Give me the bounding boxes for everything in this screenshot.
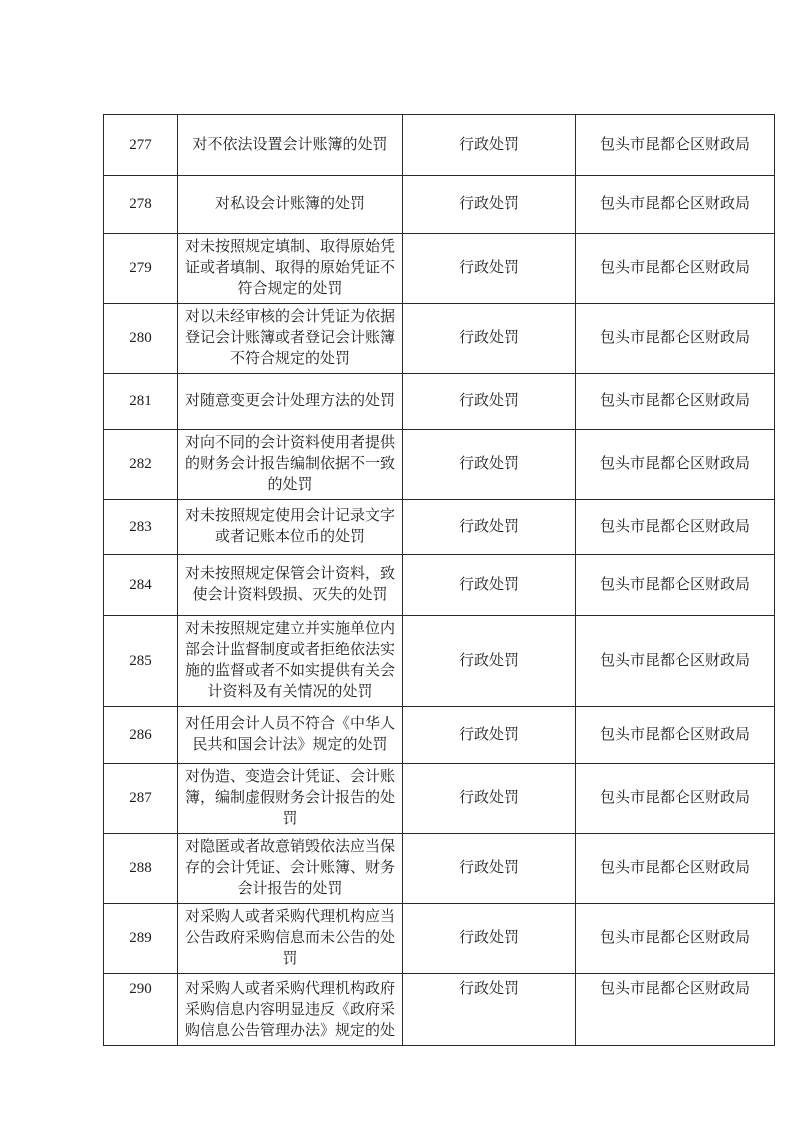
table-row: 277 对不依法设置会计账簿的处罚 行政处罚 包头市昆都仑区财政局 [104, 115, 775, 176]
table-row: 279 对未按照规定填制、取得原始凭证或者填制、取得的原始凭证不符合规定的处罚 … [104, 234, 775, 304]
issuing-authority-cell: 包头市昆都仑区财政局 [576, 176, 775, 234]
issuing-authority-cell: 包头市昆都仑区财政局 [576, 974, 775, 1046]
penalty-type-cell: 行政处罚 [403, 555, 576, 616]
row-index-cell: 283 [104, 500, 178, 555]
penalty-type-cell: 行政处罚 [403, 304, 576, 374]
table-row: 288 对隐匿或者故意销毁依法应当保存的会计凭证、会计账簿、财务会计报告的处罚 … [104, 834, 775, 904]
issuing-authority-cell: 包头市昆都仑区财政局 [576, 374, 775, 430]
penalty-item-cell: 对以未经审核的会计凭证为依据登记会计账簿或者登记会计账簿不符合规定的处罚 [178, 304, 403, 374]
issuing-authority-cell: 包头市昆都仑区财政局 [576, 430, 775, 500]
row-index-cell: 285 [104, 616, 178, 707]
penalty-type-cell: 行政处罚 [403, 374, 576, 430]
row-index-cell: 278 [104, 176, 178, 234]
penalty-item-cell: 对采购人或者采购代理机构应当公告政府采购信息而未公告的处罚 [178, 904, 403, 974]
issuing-authority-cell: 包头市昆都仑区财政局 [576, 707, 775, 764]
row-index-cell: 284 [104, 555, 178, 616]
row-index-cell: 279 [104, 234, 178, 304]
penalty-type-cell: 行政处罚 [403, 234, 576, 304]
table-row: 278 对私设会计账簿的处罚 行政处罚 包头市昆都仑区财政局 [104, 176, 775, 234]
table-row: 283 对未按照规定使用会计记录文字或者记账本位币的处罚 行政处罚 包头市昆都仑… [104, 500, 775, 555]
row-index-cell: 277 [104, 115, 178, 176]
row-index-cell: 289 [104, 904, 178, 974]
penalty-type-cell: 行政处罚 [403, 974, 576, 1046]
penalty-item-cell: 对私设会计账簿的处罚 [178, 176, 403, 234]
penalty-type-cell: 行政处罚 [403, 616, 576, 707]
penalty-type-cell: 行政处罚 [403, 834, 576, 904]
penalty-type-cell: 行政处罚 [403, 707, 576, 764]
row-index-cell: 287 [104, 764, 178, 834]
table-row: 282 对向不同的会计资料使用者提供的财务会计报告编制依据不一致的处罚 行政处罚… [104, 430, 775, 500]
row-index-cell: 282 [104, 430, 178, 500]
row-index-cell: 286 [104, 707, 178, 764]
table-row: 284 对未按照规定保管会计资料，致使会计资料毁损、灭失的处罚 行政处罚 包头市… [104, 555, 775, 616]
penalty-type-cell: 行政处罚 [403, 764, 576, 834]
penalty-item-cell: 对随意变更会计处理方法的处罚 [178, 374, 403, 430]
penalty-item-cell: 对隐匿或者故意销毁依法应当保存的会计凭证、会计账簿、财务会计报告的处罚 [178, 834, 403, 904]
row-index-cell: 280 [104, 304, 178, 374]
row-index-cell: 281 [104, 374, 178, 430]
table-row: 286 对任用会计人员不符合《中华人民共和国会计法》规定的处罚 行政处罚 包头市… [104, 707, 775, 764]
issuing-authority-cell: 包头市昆都仑区财政局 [576, 500, 775, 555]
penalty-item-cell: 对采购人或者采购代理机构政府采购信息内容明显违反《政府采购信息公告管理办法》规定… [178, 974, 403, 1046]
penalty-item-cell: 对向不同的会计资料使用者提供的财务会计报告编制依据不一致的处罚 [178, 430, 403, 500]
row-index-cell: 290 [104, 974, 178, 1046]
penalty-item-cell: 对任用会计人员不符合《中华人民共和国会计法》规定的处罚 [178, 707, 403, 764]
penalty-item-cell: 对未按照规定建立并实施单位内部会计监督制度或者拒绝依法实施的监督或者不如实提供有… [178, 616, 403, 707]
penalty-table: 277 对不依法设置会计账簿的处罚 行政处罚 包头市昆都仑区财政局 278 对私… [103, 114, 775, 1046]
penalty-item-cell: 对不依法设置会计账簿的处罚 [178, 115, 403, 176]
penalty-type-cell: 行政处罚 [403, 500, 576, 555]
table-row: 280 对以未经审核的会计凭证为依据登记会计账簿或者登记会计账簿不符合规定的处罚… [104, 304, 775, 374]
issuing-authority-cell: 包头市昆都仑区财政局 [576, 834, 775, 904]
table-row: 287 对伪造、变造会计凭证、会计账簿，编制虚假财务会计报告的处罚 行政处罚 包… [104, 764, 775, 834]
table-body: 277 对不依法设置会计账簿的处罚 行政处罚 包头市昆都仑区财政局 278 对私… [104, 115, 775, 1046]
issuing-authority-cell: 包头市昆都仑区财政局 [576, 115, 775, 176]
issuing-authority-cell: 包头市昆都仑区财政局 [576, 234, 775, 304]
penalty-type-cell: 行政处罚 [403, 176, 576, 234]
table-row: 290 对采购人或者采购代理机构政府采购信息内容明显违反《政府采购信息公告管理办… [104, 974, 775, 1046]
issuing-authority-cell: 包头市昆都仑区财政局 [576, 555, 775, 616]
penalty-type-cell: 行政处罚 [403, 115, 576, 176]
penalty-type-cell: 行政处罚 [403, 430, 576, 500]
penalty-item-cell: 对伪造、变造会计凭证、会计账簿，编制虚假财务会计报告的处罚 [178, 764, 403, 834]
row-index-cell: 288 [104, 834, 178, 904]
penalty-item-cell: 对未按照规定填制、取得原始凭证或者填制、取得的原始凭证不符合规定的处罚 [178, 234, 403, 304]
penalty-type-cell: 行政处罚 [403, 904, 576, 974]
issuing-authority-cell: 包头市昆都仑区财政局 [576, 616, 775, 707]
penalty-item-cell: 对未按照规定保管会计资料，致使会计资料毁损、灭失的处罚 [178, 555, 403, 616]
document-page: 277 对不依法设置会计账簿的处罚 行政处罚 包头市昆都仑区财政局 278 对私… [0, 0, 793, 1122]
table-row: 285 对未按照规定建立并实施单位内部会计监督制度或者拒绝依法实施的监督或者不如… [104, 616, 775, 707]
issuing-authority-cell: 包头市昆都仑区财政局 [576, 904, 775, 974]
table-row: 281 对随意变更会计处理方法的处罚 行政处罚 包头市昆都仑区财政局 [104, 374, 775, 430]
issuing-authority-cell: 包头市昆都仑区财政局 [576, 304, 775, 374]
table-row: 289 对采购人或者采购代理机构应当公告政府采购信息而未公告的处罚 行政处罚 包… [104, 904, 775, 974]
issuing-authority-cell: 包头市昆都仑区财政局 [576, 764, 775, 834]
penalty-item-cell: 对未按照规定使用会计记录文字或者记账本位币的处罚 [178, 500, 403, 555]
